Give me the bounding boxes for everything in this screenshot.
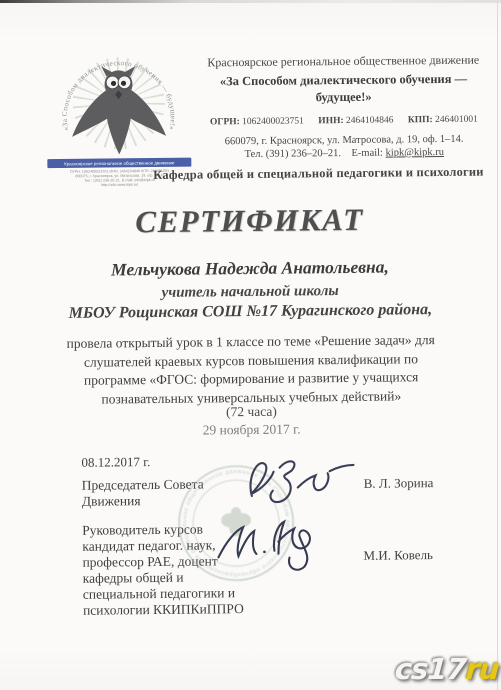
kpp-label: КПП:: [408, 115, 433, 125]
issue-date: 08.12.2017 г.: [81, 454, 150, 471]
certificate-body-text: провела открытый урок в 1 классе по теме…: [0, 330, 501, 409]
recipient-name: Мельчукова Надежда Анатольевна,: [0, 255, 501, 281]
certificate-title: СЕРТИФИКАТ: [0, 200, 500, 241]
scan-edge-artifact: [0, 0, 501, 3]
logo-fine-print-line: http://sdo.www.kipk.ru/: [101, 183, 139, 187]
certificate-document: «За Способом диалектического обучения — …: [0, 0, 501, 690]
org-phone: Тел. (391) 236–20–21.: [244, 148, 341, 160]
owl-logo-icon: «За Способом диалектического обучения — …: [43, 45, 194, 189]
ogrn-label: ОГРН:: [210, 117, 240, 127]
watermark-site-name: cs17: [394, 652, 467, 686]
org-motto: «За Способом диалектического обучения — …: [193, 70, 493, 107]
chairman-name: В. Л. Зорина: [364, 475, 434, 492]
course-head-signature-icon: [212, 504, 338, 580]
org-name: Красноярское региональное общественное д…: [193, 51, 493, 70]
org-registration-numbers: ОГРН: 1062400023751 ИНН: 2464104846 КПП:…: [194, 114, 494, 127]
course-head-title-line: психологии ККИПКиППРО: [83, 601, 293, 619]
org-address: 660079, г. Красноярск, ул. Матросова, д.…: [194, 133, 494, 147]
event-date: 29 ноября 2017 г.: [1, 419, 501, 440]
inn-label: ИНН:: [318, 116, 343, 126]
email-label: E-mail:: [351, 148, 383, 159]
org-contacts: Тел. (391) 236–20–21. E-mail: kipk@kipk.…: [194, 146, 494, 160]
ogrn-value: 1062400023751: [242, 116, 304, 127]
watermark-site-tld: ru: [465, 652, 500, 686]
course-head-name: М.И. Ковель: [363, 547, 433, 564]
watermark: cs17ru: [394, 652, 500, 686]
recipient-school: МБОУ Рощинская СОШ №17 Курагинского райо…: [0, 300, 501, 323]
scanned-certificate-page: «За Способом диалектического обучения — …: [0, 0, 501, 690]
org-header: Красноярское региональное общественное д…: [193, 51, 494, 160]
department-name: Кафедра общей и специальной педагогики и…: [138, 164, 498, 183]
org-email-link: kipk@kipk.ru: [386, 147, 445, 159]
scan-edge-artifact: [497, 0, 498, 690]
inn-value: 2464104846: [346, 115, 394, 125]
kpp-value: 246401001: [435, 115, 478, 125]
